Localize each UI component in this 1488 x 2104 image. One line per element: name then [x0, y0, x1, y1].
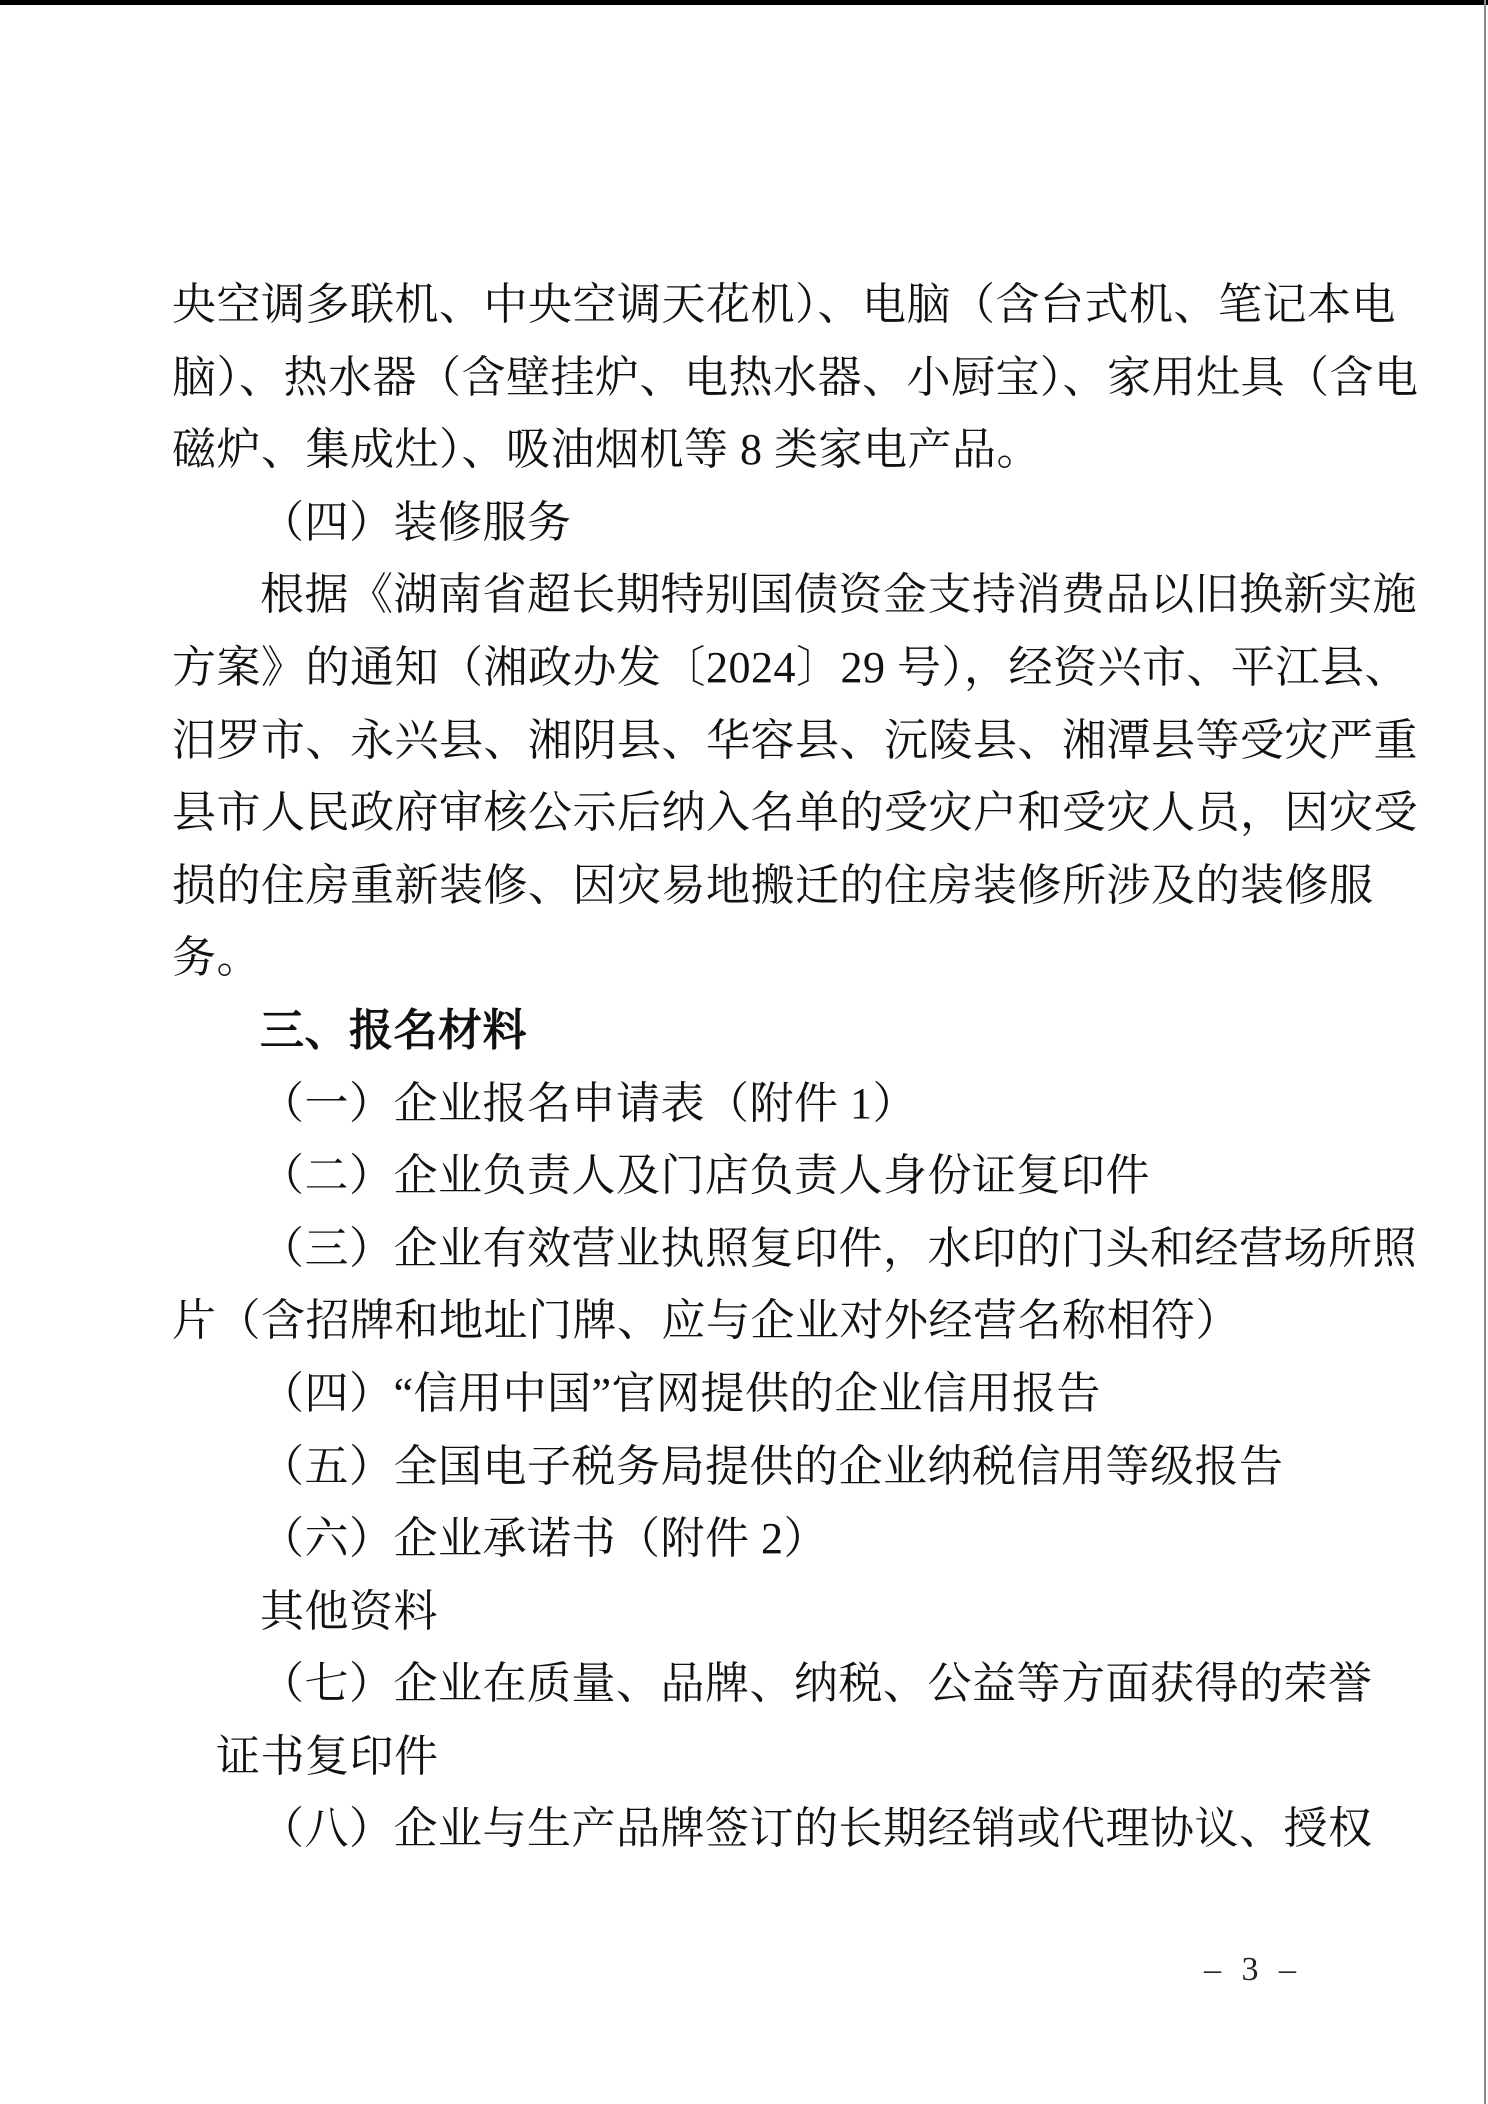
text-line: 汨罗市、永兴县、湘阴县、华容县、沅陵县、湘潭县等受灾严重 — [172, 705, 1344, 778]
text-line: （四）装修服务 — [172, 487, 1344, 560]
text-line: （二）企业负责人及门店负责人身份证复印件 — [172, 1140, 1344, 1213]
text-line: 方案》的通知（湘政办发〔2024〕29 号），经资兴市、平江县、 — [172, 632, 1344, 705]
text-line: 其他资料 — [172, 1576, 1344, 1649]
text-line: （六）企业承诺书（附件 2） — [172, 1503, 1344, 1576]
text-line: 磁炉、集成灶）、吸油烟机等 8 类家电产品。 — [172, 414, 1344, 487]
page-right-edge-line — [1484, 0, 1486, 2104]
text-line: 县市人民政府审核公示后纳入名单的受灾户和受灾人员，因灾受 — [172, 777, 1344, 850]
document-content: 央空调多联机、中央空调天花机）、电脑（含台式机、笔记本电脑）、热水器（含壁挂炉、… — [172, 269, 1344, 1866]
text-line: 证书复印件 — [172, 1721, 1344, 1794]
text-line: （三）企业有效营业执照复印件，水印的门头和经营场所照 — [172, 1213, 1344, 1286]
text-line: 根据《湖南省超长期特别国债资金支持消费品以旧换新实施 — [172, 559, 1344, 632]
page-top-edge-line — [0, 0, 1488, 5]
document-page: 央空调多联机、中央空调天花机）、电脑（含台式机、笔记本电脑）、热水器（含壁挂炉、… — [0, 0, 1488, 2104]
text-line: 损的住房重新装修、因灾易地搬迁的住房装修所涉及的装修服 — [172, 850, 1344, 923]
text-line: （四）“信用中国”官网提供的企业信用报告 — [172, 1358, 1344, 1431]
section-heading: 三、报名材料 — [172, 995, 1344, 1068]
text-line: （一）企业报名申请表（附件 1） — [172, 1068, 1344, 1141]
text-line: 片（含招牌和地址门牌、应与企业对外经营名称相符） — [172, 1285, 1344, 1358]
text-line: 央空调多联机、中央空调天花机）、电脑（含台式机、笔记本电 — [172, 269, 1344, 342]
text-line: （八）企业与生产品牌签订的长期经销或代理协议、授权 — [172, 1793, 1344, 1866]
text-line: （七）企业在质量、品牌、纳税、公益等方面获得的荣誉 — [172, 1648, 1344, 1721]
page-number: – 3 – — [1204, 1950, 1302, 1990]
text-line: 脑）、热水器（含壁挂炉、电热水器、小厨宝）、家用灶具（含电 — [172, 342, 1344, 415]
text-line: 务。 — [172, 922, 1344, 995]
text-line: （五）全国电子税务局提供的企业纳税信用等级报告 — [172, 1431, 1344, 1504]
